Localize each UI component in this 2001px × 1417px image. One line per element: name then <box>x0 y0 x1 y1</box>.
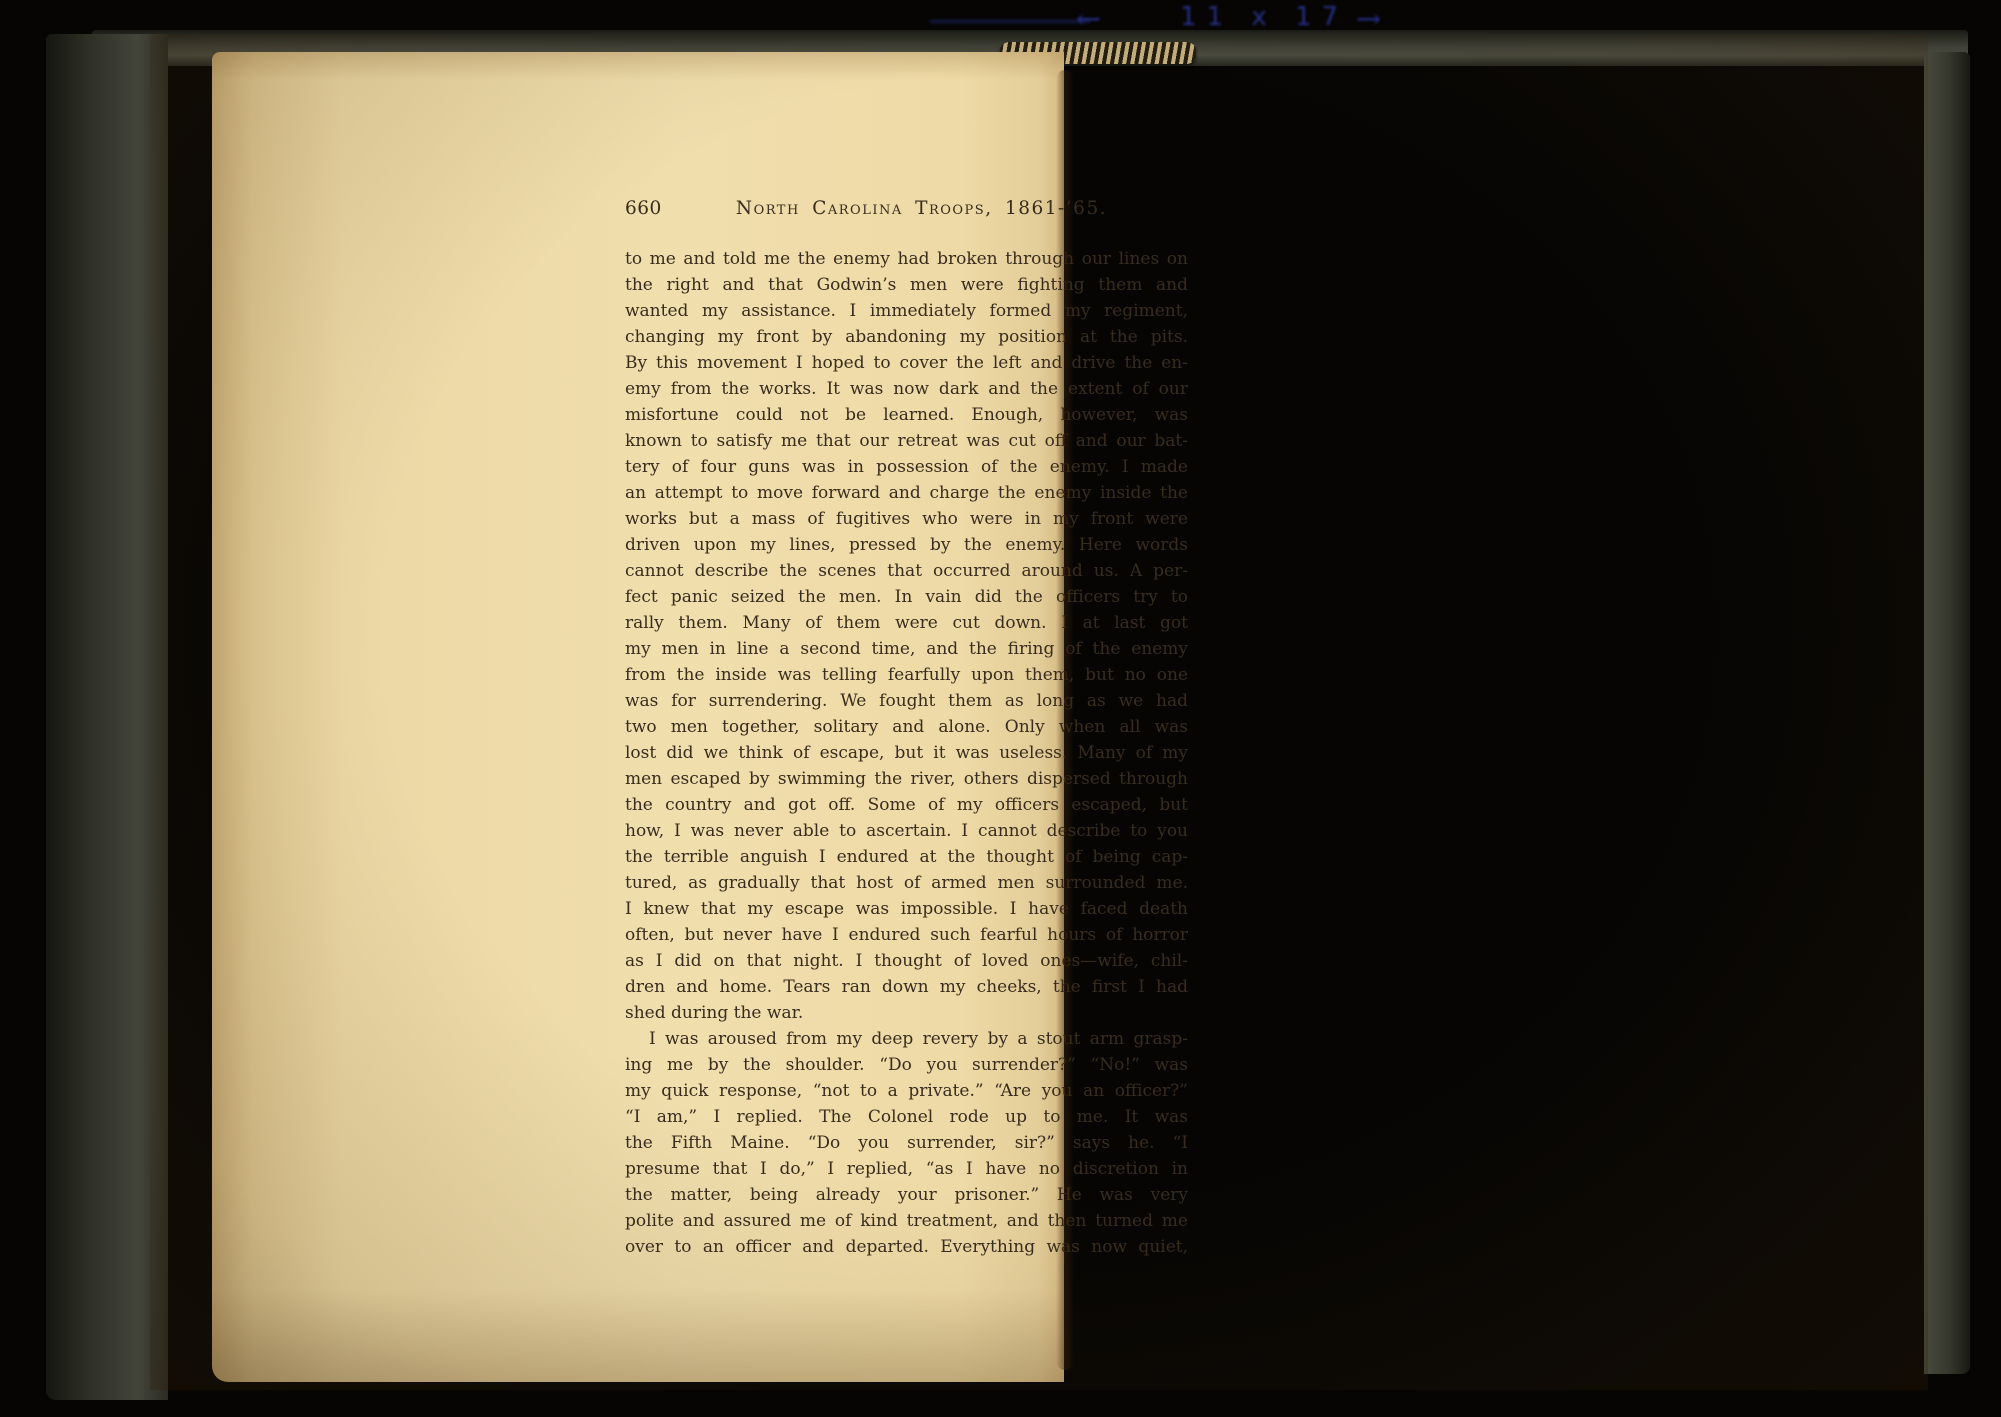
scanner-guide-line <box>930 20 1090 23</box>
book-gutter-shadow <box>1056 70 1074 1370</box>
book-spread: ← 11 x 17 → 660 North Carolina Troops, 1… <box>0 0 2001 1417</box>
page-right: Prison Life at Johnson’s Island. 661 exc… <box>1066 58 1862 1372</box>
scan-size-label: 11 x 17 <box>1180 2 1348 32</box>
book-cover-left <box>46 34 168 1400</box>
page-left: 660 North Carolina Troops, 1861-’65. to … <box>212 52 1064 1382</box>
book-cover-right <box>1924 52 1970 1374</box>
page-number-left: 660 <box>625 198 662 219</box>
page-edges-right <box>1860 66 1926 1362</box>
